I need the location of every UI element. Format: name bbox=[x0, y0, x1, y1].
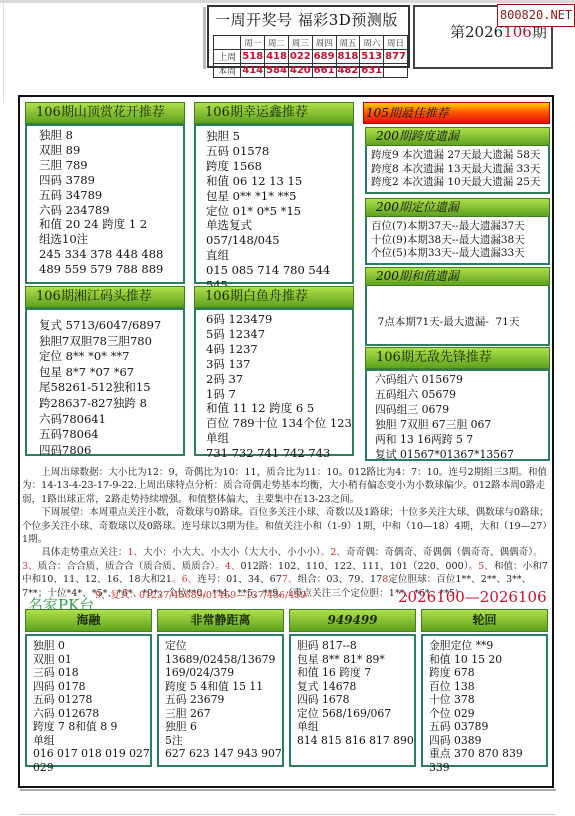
last-week-row: 上周 518 418 022 689 818 513 877 bbox=[214, 50, 408, 64]
panel-title-xiangjiang: 106期湘江码头推荐 bbox=[25, 286, 185, 308]
pk-title-feichang: 非常静距离 bbox=[157, 609, 284, 632]
day-header: 周日 bbox=[384, 36, 408, 50]
day-header: 周四 bbox=[312, 36, 336, 50]
span-omission-title: 200期跨度遗漏 bbox=[365, 127, 550, 146]
top-divider bbox=[0, 0, 575, 3]
pk-panel-feichang: 定位 13689/02458/13679 169/024/379 跨度 5 4和… bbox=[157, 634, 284, 767]
last-week-analysis: 上周出球数据：大小比为12：9，奇偶比为10：11，质合比为11：10。012路… bbox=[22, 466, 550, 506]
panel-body: 六码组六 015679 五码组六 05679 四码组三 0679 独胆 7双胆 … bbox=[375, 373, 514, 462]
draw-number: 518 bbox=[241, 50, 265, 64]
day-header: 周六 bbox=[360, 36, 384, 50]
weekly-draw-title: 一周开奖号 福彩3D预测版 bbox=[209, 7, 408, 33]
pk-panel-hairong: 独胆 0 双胆 01 三码 018 四码 0178 五码 01278 六码 01… bbox=[25, 634, 152, 767]
panel-title-baiyuzhou: 106期白鱼舟推荐 bbox=[194, 286, 354, 308]
sum-omission-body: 7点本期71天-最大遗漏- 71天 12点本期40天-最大遗漏- 49天 21点… bbox=[365, 286, 550, 346]
panel-body: 6码 123479 5码 12347 4码 1237 3码 137 2码 37 … bbox=[206, 312, 352, 461]
panel-title-wudi: 106期无敌先锋推荐 bbox=[365, 347, 550, 369]
span-omission-body: 跨度9 本次遗漏 27天最大遗漏 58天 跨度8 本次遗漏 13天最大遗漏 33… bbox=[365, 146, 550, 194]
panel-wudi: 六码组六 015679 五码组六 05679 四码组三 0679 独胆 7双胆 … bbox=[365, 369, 550, 461]
panel-baiyuzhou: 6码 123479 5码 12347 4码 1237 3码 137 2码 37 … bbox=[194, 308, 354, 456]
fushi-recommend: 9、复式：01237/45689/01459—137/456/459 bbox=[95, 587, 306, 601]
draw-number: 482 bbox=[336, 64, 360, 78]
pk-panel-lunhui: 金胆定位 **9 和值 10 15 20 跨度 678 百位 138 十位 37… bbox=[421, 634, 548, 767]
panel-title-shanding: 106期山顶赏花开推荐 bbox=[25, 102, 185, 124]
analysis-text: 上周出球数据：大小比为12：9，奇偶比为10：11，质合比为11：10。012路… bbox=[22, 466, 550, 600]
panel-body: 复式 5713/6047/6897 独胆7双胆78三胆780 定位 8** *0… bbox=[39, 318, 161, 458]
draw-number: 584 bbox=[265, 64, 289, 78]
this-week-row: 本周 414 584 420 661 482 631 bbox=[214, 64, 408, 78]
draw-number bbox=[384, 64, 408, 78]
draw-number: 631 bbox=[360, 64, 384, 78]
panel-body: 独胆 8 双胆 89 三胆 789 四码 3789 五码 34789 六码 23… bbox=[39, 128, 163, 277]
panel-shanding: 独胆 8 双胆 89 三胆 789 四码 3789 五码 34789 六码 23… bbox=[25, 124, 185, 284]
draw-number: 661 bbox=[312, 64, 336, 78]
panel-xingyunxin: 独胆 5 五码 01578 跨度 1568 和值 06 12 13 15 包星 … bbox=[194, 124, 354, 284]
day-header: 周五 bbox=[336, 36, 360, 50]
day-header: 周二 bbox=[265, 36, 289, 50]
pk-title-hairong: 海融 bbox=[25, 609, 152, 632]
header-shadow bbox=[203, 7, 206, 69]
draw-number: 420 bbox=[288, 64, 312, 78]
position-omission-title: 200期定位遗漏 bbox=[365, 198, 550, 217]
frame-shadow bbox=[20, 789, 556, 791]
day-header: 周三 bbox=[288, 36, 312, 50]
bottom-divider bbox=[18, 814, 556, 815]
draw-number: 513 bbox=[360, 50, 384, 64]
sum-omission-title: 200期和值遗漏 bbox=[365, 267, 550, 286]
panel-body: 独胆 5 五码 01578 跨度 1568 和值 06 12 13 15 包星 … bbox=[206, 129, 352, 293]
main-frame: 106期山顶赏花开推荐 独胆 8 双胆 89 三胆 789 四码 3789 五码… bbox=[18, 95, 554, 788]
next-week-outlook: 下周展望：本周重点关注小数，奇数球与0路球。百位多关注小球、奇数以及1路球；十位… bbox=[22, 506, 550, 546]
draw-number: 418 bbox=[265, 50, 289, 64]
watermark-label: 800820.NET bbox=[497, 4, 575, 27]
left-divider bbox=[3, 3, 4, 103]
draw-number: 414 bbox=[241, 64, 265, 78]
draw-number: 689 bbox=[312, 50, 336, 64]
best-recommend-title: 105期最佳推荐 bbox=[363, 102, 550, 124]
draw-number: 877 bbox=[384, 50, 408, 64]
draw-number: 022 bbox=[288, 50, 312, 64]
pk-title-lunhui: 轮回 bbox=[421, 609, 548, 632]
draw-number: 818 bbox=[336, 50, 360, 64]
panel-xiangjiang: 复式 5713/6047/6897 独胆7双胆78三胆780 定位 8** *0… bbox=[25, 308, 185, 456]
weekly-draw-box: 一周开奖号 福彩3D预测版 周一 周二 周三 周四 周五 周六 周日 上周 51… bbox=[207, 5, 410, 68]
panel-title-xingyunxin: 106期幸运鑫推荐 bbox=[194, 102, 354, 124]
pk-title-949499: 949499 bbox=[289, 609, 416, 632]
day-header: 周一 bbox=[241, 36, 265, 50]
position-omission-body: 百位(7)本期37天--最大遗漏37天 十位(9)本期38天--最大遗漏38天 … bbox=[365, 217, 550, 265]
weekly-draw-table: 周一 周二 周三 周四 周五 周六 周日 上周 518 418 022 689 … bbox=[213, 35, 408, 78]
pk-panel-949499: 胆码 817--8 包星 8** 81* 89* 和值 16 跨度 7 复式 1… bbox=[289, 634, 416, 767]
